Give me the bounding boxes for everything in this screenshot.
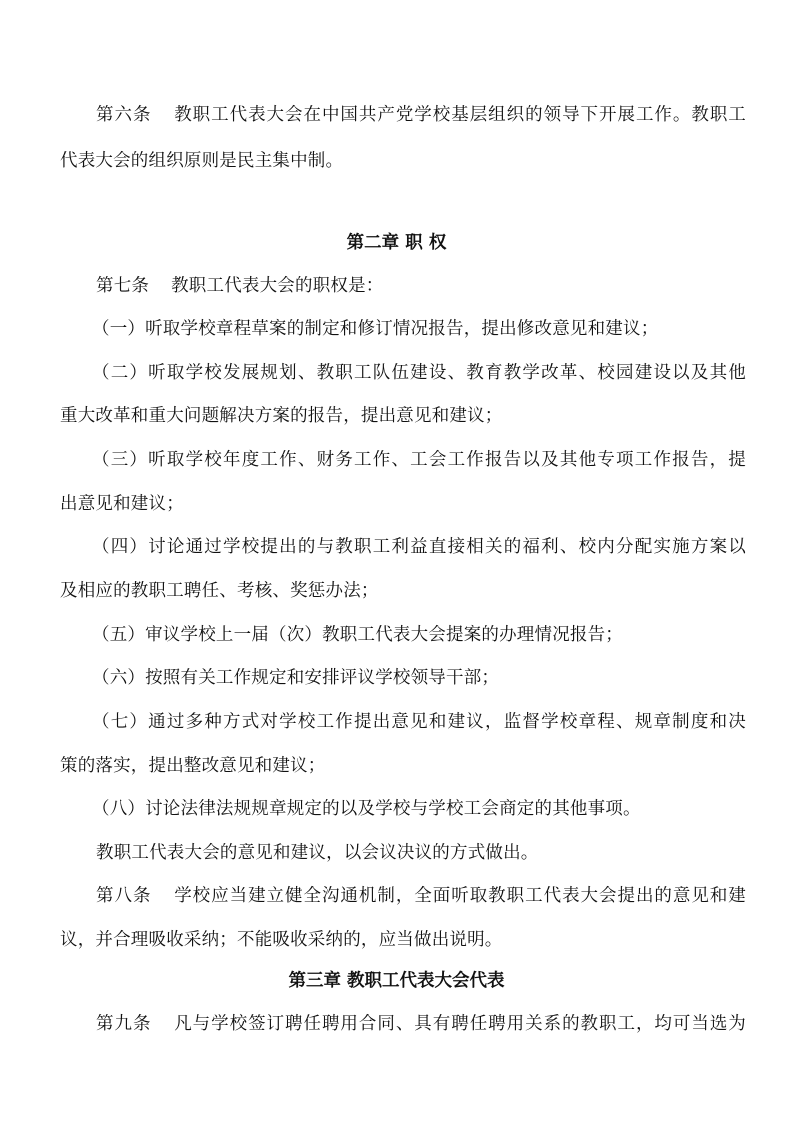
power-item-2-line-1: （二）听取学校发展规划、教职工队伍建设、教育教学改革、校园建设以及其他	[92, 362, 746, 384]
power-item-7-line-1: （七）通过多种方式对学校工作提出意见和建议，监督学校章程、规章制度和决	[92, 711, 746, 733]
article-number: 第六条	[96, 105, 151, 125]
chapter-3-heading: 第三章 教职工代表大会代表	[0, 970, 793, 992]
document-page: 第六条教职工代表大会在中国共产党学校基层组织的领导下开展工作。教职工 代表大会的…	[0, 0, 793, 1122]
power-item-3-line-2: 出意见和建议；	[60, 493, 746, 515]
power-item-4-line-2: 及相应的教职工聘任、考核、奖惩办法；	[60, 580, 746, 602]
article-8-line-1: 第八条学校应当建立健全沟通机制，全面听取教职工代表大会提出的意见和建	[96, 885, 746, 907]
article-text: 教职工代表大会在中国共产党学校基层组织的领导下开展工作。教职工	[173, 105, 746, 125]
power-item-1: （一）听取学校章程草案的制定和修订情况报告，提出修改意见和建议；	[92, 318, 742, 340]
power-item-2-line-2: 重大改革和重大问题解决方案的报告，提出意见和建议；	[60, 405, 746, 427]
power-item-3-line-1: （三）听取学校年度工作、财务工作、工会工作报告以及其他专项工作报告，提	[92, 449, 746, 471]
article-number: 第九条	[96, 1014, 151, 1034]
article-8-line-2: 议，并合理吸收采纳；不能吸收采纳的，应当做出说明。	[60, 929, 746, 951]
power-item-7-line-2: 策的落实，提出整改意见和建议；	[60, 755, 746, 777]
article-7: 第七条教职工代表大会的职权是：	[96, 275, 746, 297]
article-text: 教职工代表大会的职权是：	[171, 276, 383, 296]
article-text: 凡与学校签订聘任聘用合同、具有聘任聘用关系的教职工，均可当选为	[173, 1014, 746, 1034]
power-item-4-line-1: （四）讨论通过学校提出的与教职工利益直接相关的福利、校内分配实施方案以	[92, 536, 746, 558]
article-number: 第八条	[96, 886, 151, 906]
article-text: 学校应当建立健全沟通机制，全面听取教职工代表大会提出的意见和建	[173, 886, 746, 906]
chapter-2-heading: 第二章 职 权	[0, 232, 793, 254]
power-item-8: （八）讨论法律法规规章规定的以及学校与学校工会商定的其他事项。	[92, 798, 742, 820]
power-item-6: （六）按照有关工作规定和安排评议学校领导干部；	[92, 667, 742, 689]
power-item-5: （五）审议学校上一届（次）教职工代表大会提案的办理情况报告；	[92, 624, 742, 646]
article-number: 第七条	[96, 276, 149, 296]
resolution-paragraph: 教职工代表大会的意见和建议，以会议决议的方式做出。	[96, 842, 746, 864]
article-6-line-2: 代表大会的组织原则是民主集中制。	[60, 150, 746, 172]
article-9-line-1: 第九条凡与学校签订聘任聘用合同、具有聘任聘用关系的教职工，均可当选为	[96, 1013, 746, 1035]
article-6-line-1: 第六条教职工代表大会在中国共产党学校基层组织的领导下开展工作。教职工	[96, 104, 746, 126]
